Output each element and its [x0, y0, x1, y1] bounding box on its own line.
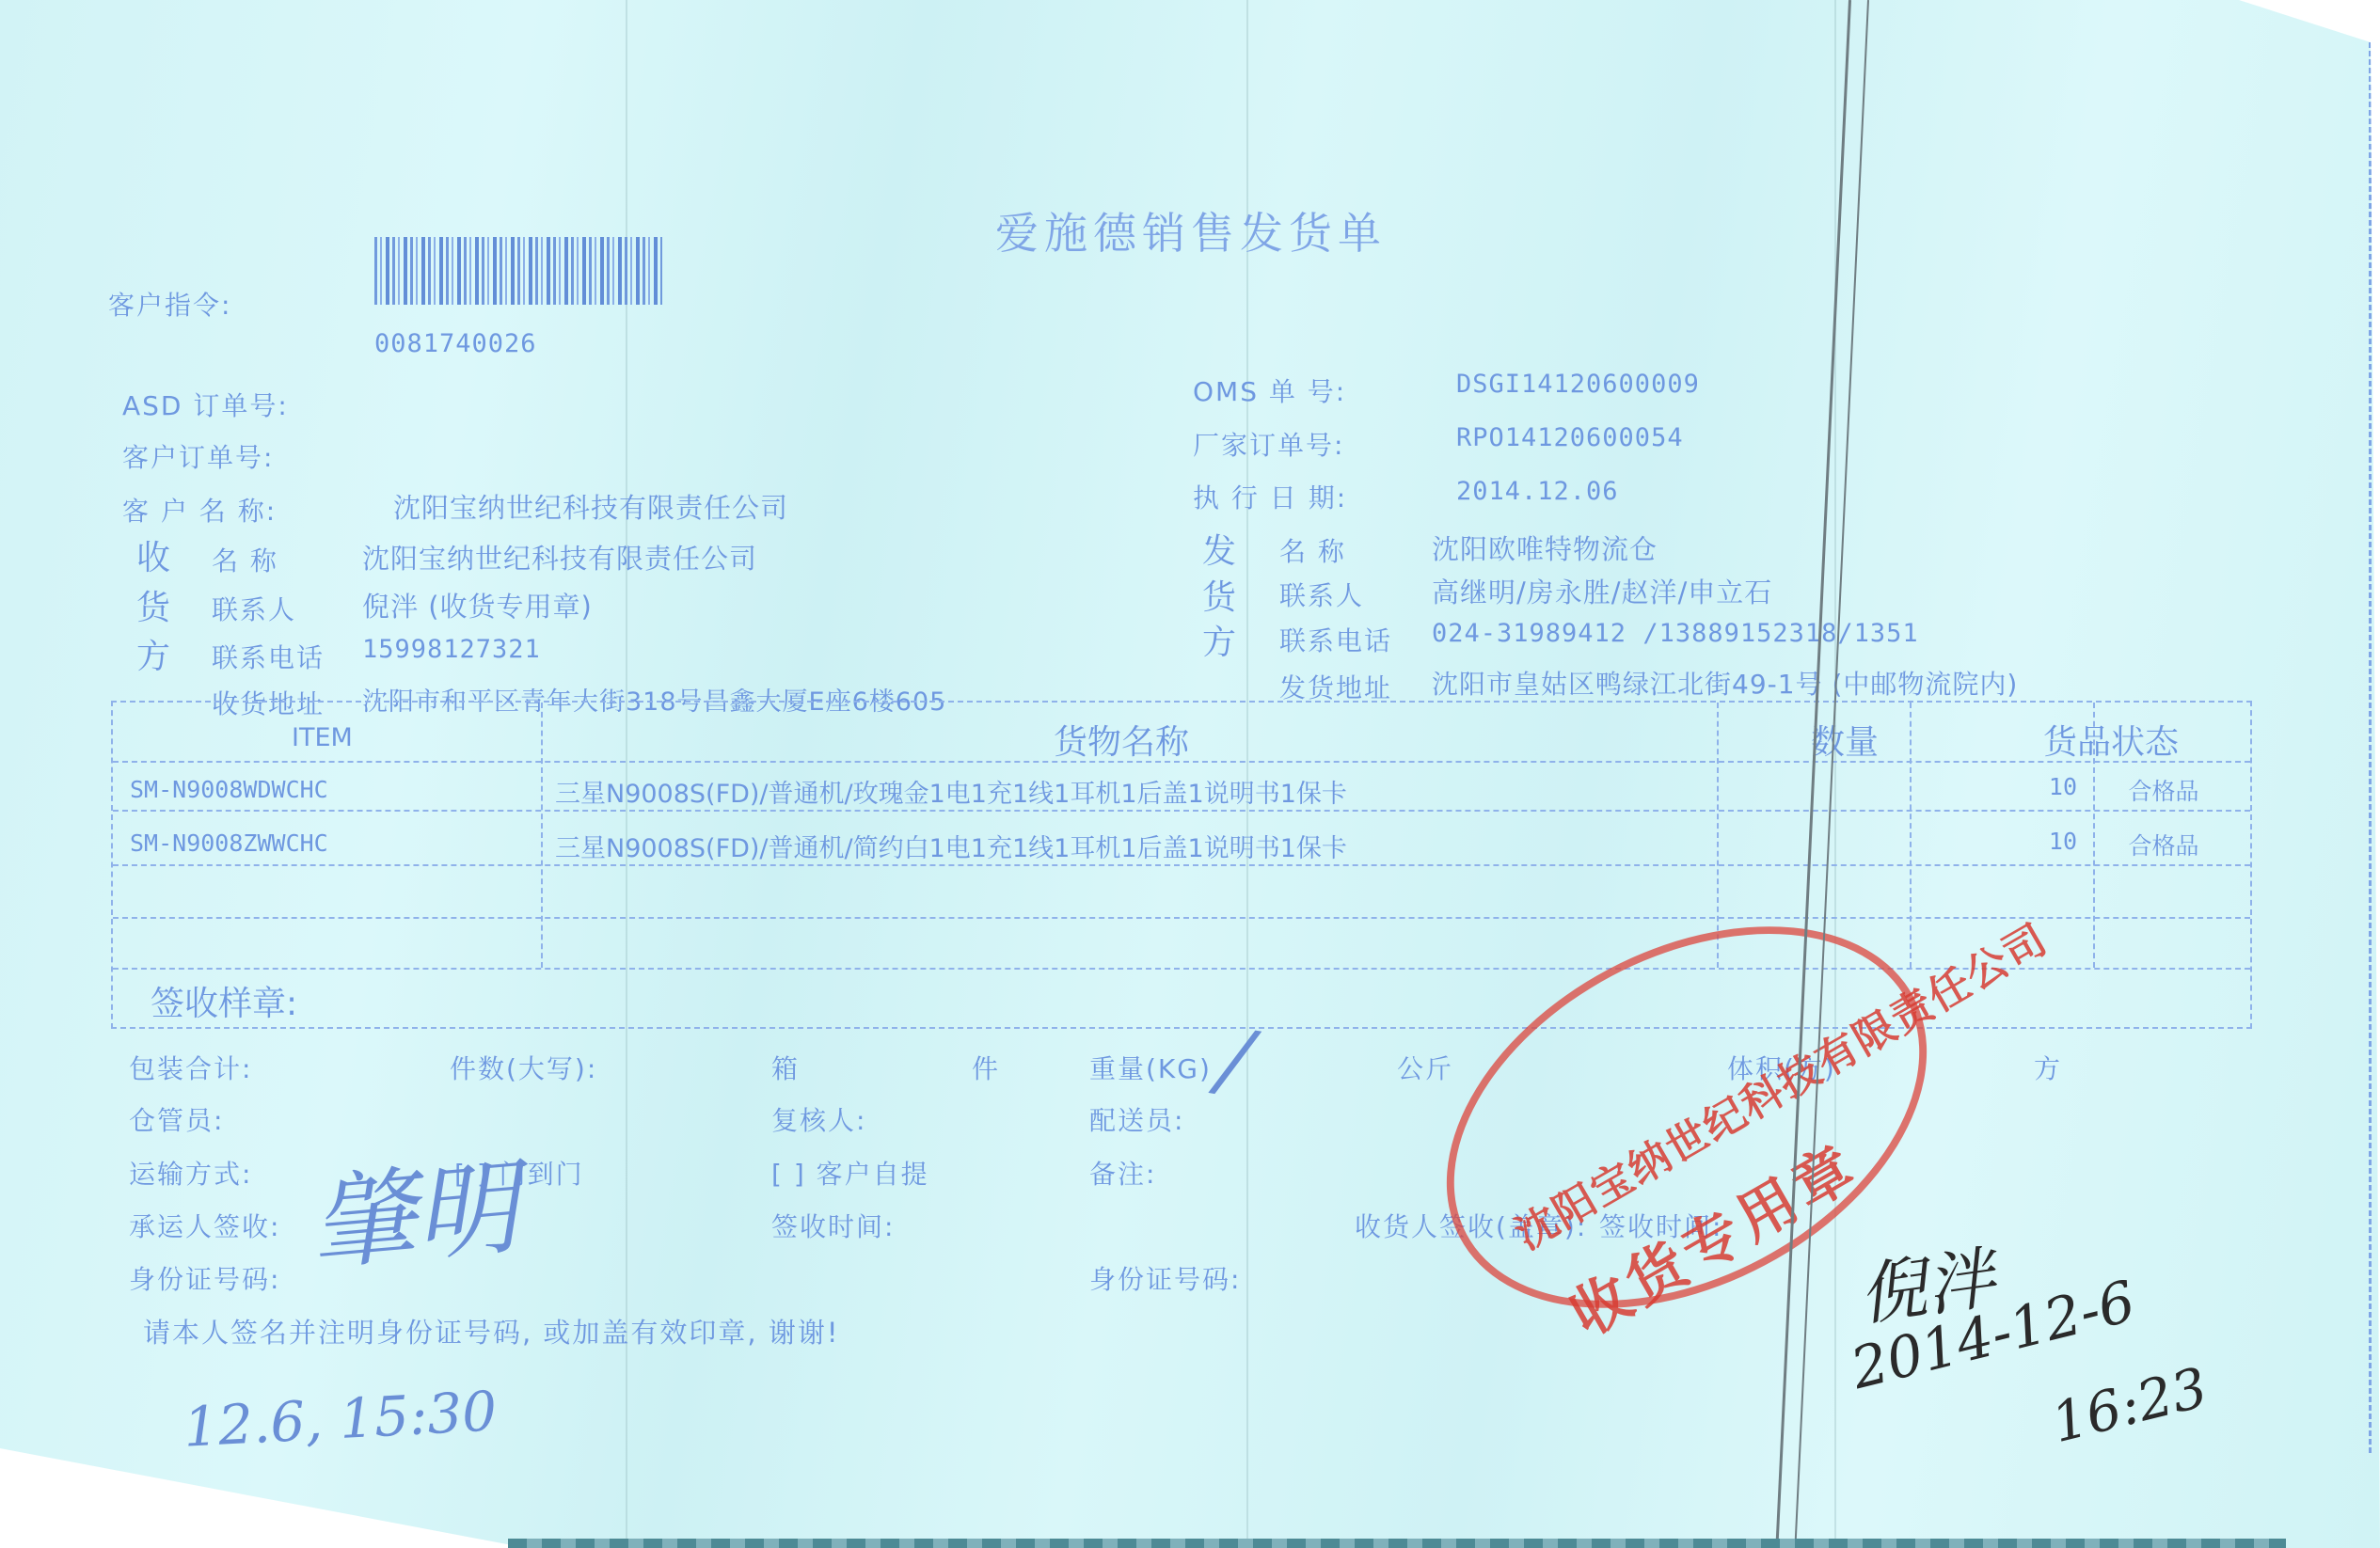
self-pickup-checkbox[interactable]: [ ] 客户自提: [771, 1154, 929, 1192]
id-number-right-label: 身份证号码:: [1089, 1259, 1241, 1297]
shipper-phone-value: 024-31989412 /13889152318/1351: [1432, 619, 1919, 648]
row-item-code: SM-N9008WDWCHC: [130, 776, 328, 803]
receiver-side-char: 货: [136, 581, 170, 629]
shipper-contact-value: 高继明/房永胜/赵洋/申立石: [1432, 572, 1772, 610]
row-goods-name: 三星N9008S(FD)/普通机/简约白1电1充1线1耳机1后盖1说明书1保卡: [555, 828, 1347, 864]
exec-date-label: 执 行 日 期:: [1193, 478, 1347, 515]
table-header-item: ITEM: [292, 723, 353, 752]
receiver-phone-value: 15998127321: [362, 635, 541, 664]
customer-name-label: 客 户 名 称:: [122, 491, 277, 529]
remarks-label: 备注:: [1089, 1154, 1156, 1192]
oms-no-label: OMS 单 号:: [1193, 371, 1346, 409]
table-divider: [1717, 703, 1719, 968]
row-item-code: SM-N9008ZWWCHC: [130, 829, 328, 857]
customer-name-value: 沈阳宝纳世纪科技有限责任公司: [393, 487, 788, 526]
delivery-note-paper: 爱施德销售发货单 客户指令: 0081740026 ASD 订单号: 客户订单号…: [0, 0, 2380, 1548]
shipper-contact-label: 联系人: [1279, 576, 1364, 613]
receiver-name-label: 名 称: [212, 541, 278, 578]
table-header-status: 货品状态: [2043, 716, 2179, 764]
barcode-icon: [374, 237, 662, 305]
row-status: 合格品: [2070, 828, 2258, 861]
carrier-sign-label: 承运人签收:: [129, 1207, 280, 1244]
receiver-side-char: 方: [136, 630, 170, 678]
sign-stamp-label: 签收样章:: [151, 977, 297, 1025]
shipper-side-char: 方: [1202, 616, 1236, 664]
kg-unit-label: 公斤: [1397, 1049, 1453, 1086]
factory-order-value: RPO14120600054: [1456, 423, 1684, 452]
pieces-caps-label: 件数(大写):: [450, 1049, 597, 1086]
shipper-name-label: 名 称: [1279, 531, 1346, 569]
oms-no-value: DSGI14120600009: [1456, 370, 1700, 399]
receiver-contact-label: 联系人: [212, 590, 296, 627]
id-number-left-label: 身份证号码:: [129, 1259, 280, 1297]
perforated-bottom-edge: [508, 1539, 2286, 1548]
table-divider: [113, 810, 2250, 812]
shipper-address-value: 沈阳市皇姑区鸭绿江北街49-1号 (中邮物流院内): [1432, 664, 2018, 702]
shipper-address-label: 发货地址: [1279, 668, 1392, 705]
cubic-unit-label: 方: [2034, 1049, 2062, 1086]
receiver-name-value: 沈阳宝纳世纪科技有限责任公司: [362, 538, 757, 577]
package-total-label: 包装合计:: [129, 1049, 252, 1086]
table-header-quantity: 数量: [1811, 716, 1879, 764]
receiver-phone-label: 联系电话: [212, 638, 325, 675]
exec-date-value: 2014.12.06: [1456, 477, 1619, 506]
table-divider: [541, 703, 543, 968]
deliverer-label: 配送员:: [1089, 1100, 1184, 1138]
receiver-handwritten-time: 16:23: [2045, 1355, 2213, 1455]
weight-label: 重量(KG): [1089, 1049, 1212, 1086]
shipper-name-value: 沈阳欧唯特物流仓: [1432, 529, 1658, 567]
shipper-phone-label: 联系电话: [1279, 621, 1392, 658]
receiver-contact-value: 倪泮 (收货专用章): [362, 586, 593, 624]
row-status: 合格品: [2070, 773, 2258, 807]
customer-instruction-label: 客户指令:: [108, 285, 231, 323]
piece-unit-label: 件: [972, 1049, 1000, 1086]
sign-time-label: 签收时间:: [771, 1207, 895, 1244]
reviewer-label: 复核人:: [771, 1100, 866, 1138]
shipper-side-char: 发: [1202, 525, 1236, 573]
row-goods-name: 三星N9008S(FD)/普通机/玫瑰金1电1充1线1耳机1后盖1说明书1保卡: [555, 773, 1347, 810]
receiver-side-char: 收: [136, 531, 170, 579]
table-divider: [113, 917, 2250, 919]
customer-instruction-value: 0081740026: [374, 329, 537, 358]
warehouse-keeper-label: 仓管员:: [129, 1100, 224, 1138]
carrier-handwritten-time: 12.6, 15:30: [182, 1379, 498, 1459]
customer-order-label: 客户订单号:: [122, 437, 274, 475]
carrier-signature: 肇明: [305, 1125, 524, 1291]
box-unit-label: 箱: [771, 1049, 800, 1086]
document-title: 爱施德销售发货单: [995, 199, 1387, 261]
signature-notice: 请本人签名并注明身份证号码, 或加盖有效印章, 谢谢!: [143, 1312, 840, 1351]
table-header-goods-name: 货物名称: [1054, 716, 1189, 764]
transport-label: 运输方式:: [129, 1154, 252, 1192]
table-divider: [1910, 703, 1912, 968]
asd-order-label: ASD 订单号:: [122, 386, 289, 423]
shipper-side-char: 货: [1202, 571, 1236, 619]
table-divider: [113, 864, 2250, 866]
factory-order-label: 厂家订单号:: [1193, 425, 1344, 463]
perforation-edge: [2369, 42, 2377, 1453]
